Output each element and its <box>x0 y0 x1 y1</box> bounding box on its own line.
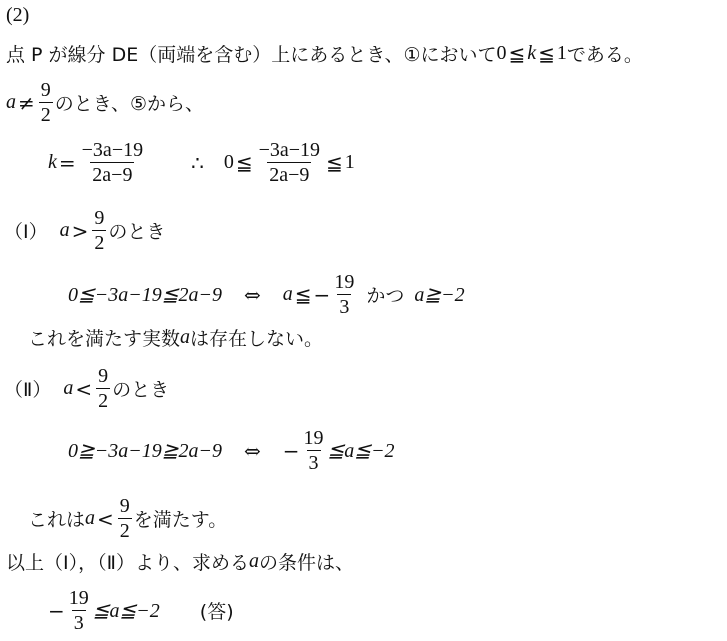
var-a: a <box>85 507 95 530</box>
numerator: −3a−19 <box>257 140 322 162</box>
var-k: k <box>48 151 57 174</box>
denominator: 2 <box>39 102 53 125</box>
case2-result-tail: ≦a≦−2 <box>328 438 395 463</box>
denominator: 2a−9 <box>267 162 311 185</box>
var-k: k <box>527 42 536 65</box>
rel-lt: < <box>97 507 114 531</box>
case1-text: のとき <box>108 217 165 244</box>
fraction: 19 3 <box>302 428 326 473</box>
ineq-left: 0 <box>497 42 507 65</box>
case2-label: （Ⅱ） <box>4 375 51 402</box>
var-a: a <box>60 219 70 242</box>
fraction: −3a−19 2a−9 <box>257 140 322 185</box>
var-a: a <box>180 326 190 349</box>
intro-tail: である。 <box>567 40 643 67</box>
var-a: a <box>249 550 259 573</box>
denominator: 2 <box>92 230 106 253</box>
minus-sign: − <box>283 439 300 463</box>
intro-text: 点 P が線分 DE（両端を含む）上にあるとき、①において <box>6 40 497 67</box>
case1-heading: （Ⅰ） a > 9 2 のとき <box>4 208 165 253</box>
rel-eq: = <box>59 151 76 175</box>
ineq-left: 0 <box>224 151 234 174</box>
numerator: 9 <box>96 366 110 388</box>
part-label: (2) <box>6 4 29 27</box>
conclusion-text: これを満たす実数 <box>28 324 180 351</box>
answer-tail: ≦a≦−2 <box>93 598 160 623</box>
var-a: a <box>63 377 73 400</box>
denominator: 2a−9 <box>90 162 134 185</box>
rel-leq: ≦ <box>295 283 312 307</box>
numerator: 19 <box>332 272 356 294</box>
denominator: 3 <box>72 610 86 633</box>
fraction: 9 2 <box>39 80 53 125</box>
summary-line: 以上（Ⅰ），（Ⅱ）より、求める a の条件は、 <box>6 548 354 575</box>
var-a: a <box>283 283 293 306</box>
case2-heading: （Ⅱ） a < 9 2 のとき <box>4 366 169 411</box>
fraction: −3a−19 2a−9 <box>80 140 145 185</box>
minus-sign: − <box>48 599 65 623</box>
case1-inequality: 0≦−3a−19≦2a−9 ⇔ a ≦ − 19 3 かつ a≧−2 <box>68 272 465 317</box>
case2-inequality: 0≧−3a−19≧2a−9 ⇔ − 19 3 ≦a≦−2 <box>68 428 395 473</box>
case1-result2: a≧−2 <box>414 282 464 307</box>
rel-leq: ≦ <box>326 151 343 175</box>
fraction: 9 2 <box>118 496 132 541</box>
rel-lt: < <box>75 377 92 401</box>
rel-leq: ≦ <box>538 42 555 66</box>
numerator: 9 <box>118 496 132 518</box>
denominator: 3 <box>337 294 351 317</box>
ineq-right: 1 <box>345 151 355 174</box>
fraction: 9 2 <box>96 366 110 411</box>
conclusion-text: は存在しない。 <box>190 324 323 351</box>
condition-text: のとき、⑤から、 <box>55 89 204 116</box>
numerator: 9 <box>39 80 53 102</box>
var-a: a <box>6 91 16 114</box>
k-expression: k = −3a−19 2a−9 ∴ 0 ≦ −3a−19 2a−9 ≦ 1 <box>48 140 355 185</box>
condition-line: a ≠ 9 2 のとき、⑤から、 <box>6 80 204 125</box>
denominator: 2 <box>96 388 110 411</box>
answer-line: − 19 3 ≦a≦−2 (答) <box>48 588 234 633</box>
numerator: −3a−19 <box>80 140 145 162</box>
case1-ineq: 0≦−3a−19≦2a−9 <box>68 282 222 307</box>
ineq-right: 1 <box>557 42 567 65</box>
minus-sign: − <box>314 283 331 307</box>
conclusion-text: これは <box>28 505 85 532</box>
rel-leq: ≦ <box>236 151 253 175</box>
rel-gt: > <box>72 219 89 243</box>
fraction: 9 2 <box>92 208 106 253</box>
case2-text: のとき <box>112 375 169 402</box>
rel-neq: ≠ <box>18 91 35 115</box>
iff-symbol: ⇔ <box>244 439 261 463</box>
case1-conclusion: これを満たす実数 a は存在しない。 <box>28 324 323 351</box>
fraction: 19 3 <box>332 272 356 317</box>
summary-text: の条件は、 <box>259 548 354 575</box>
conjunction: かつ <box>366 281 404 308</box>
conclusion-text: を満たす。 <box>134 505 227 532</box>
answer-mark: (答) <box>200 597 234 624</box>
fraction: 19 3 <box>67 588 91 633</box>
case2-ineq: 0≧−3a−19≧2a−9 <box>68 438 222 463</box>
therefore-symbol: ∴ <box>191 151 204 175</box>
case1-label: （Ⅰ） <box>4 217 48 244</box>
numerator: 19 <box>67 588 91 610</box>
numerator: 19 <box>302 428 326 450</box>
case2-conclusion: これは a < 9 2 を満たす。 <box>28 496 227 541</box>
denominator: 3 <box>307 450 321 473</box>
summary-text: 以上（Ⅰ），（Ⅱ）より、求める <box>6 548 249 575</box>
numerator: 9 <box>92 208 106 230</box>
intro-line: 点 P が線分 DE（両端を含む）上にあるとき、①において 0 ≦ k ≦ 1 … <box>6 40 643 67</box>
denominator: 2 <box>118 518 132 541</box>
part-label-text: (2) <box>6 4 29 27</box>
rel-leq: ≦ <box>509 42 526 66</box>
iff-symbol: ⇔ <box>244 283 261 307</box>
